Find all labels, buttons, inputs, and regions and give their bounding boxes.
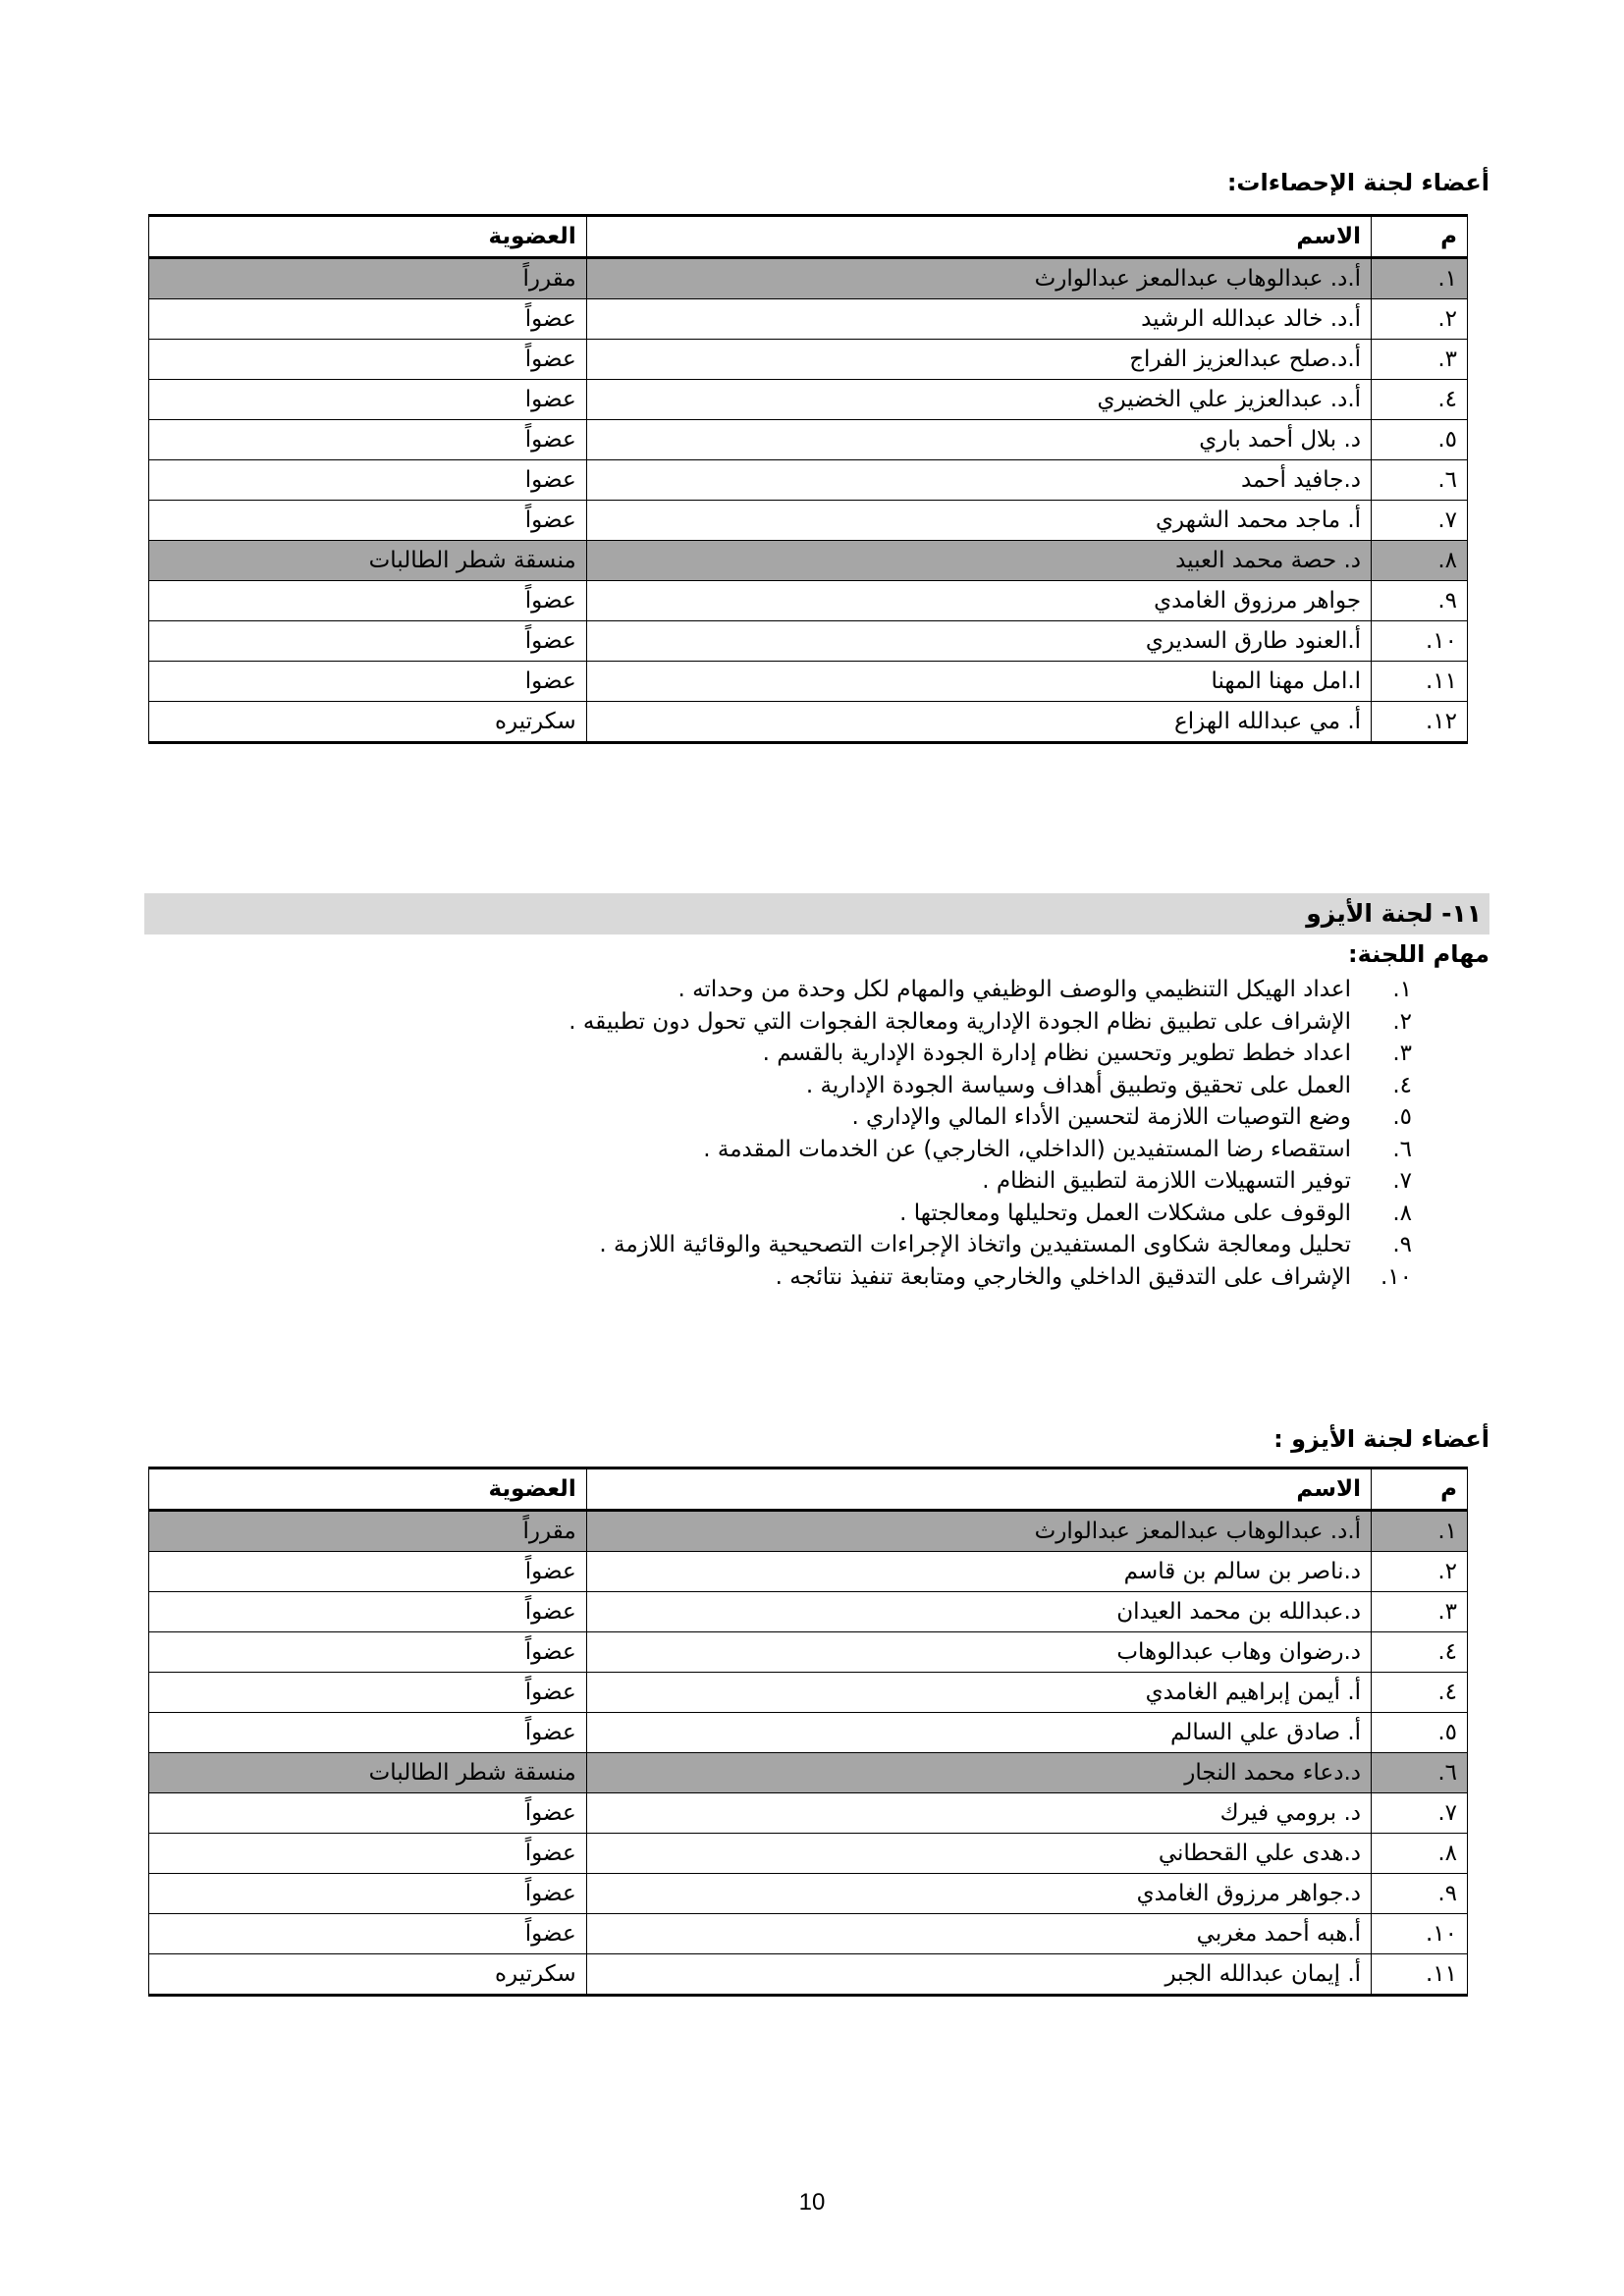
task-text: الإشراف على تطبيق نظام الجودة الإدارية و… [568, 1009, 1351, 1035]
task-text: الوقوف على مشكلات العمل وتحليلها ومعالجت… [899, 1201, 1351, 1226]
row-number: ٧. [1372, 1793, 1468, 1834]
task-number: ٢. [1363, 1006, 1412, 1039]
table-row: ١١.ا.امل مهنا المهناعضوا [149, 662, 1468, 702]
table-row: ١.أ.د. عبدالوهاب عبدالمعز عبدالوارثمقررا… [149, 1511, 1468, 1552]
table-row: ١٠.أ.هبه أحمد مغربيعضواً [149, 1914, 1468, 1954]
task-item: ١.اعداد الهيكل التنظيمي والوصف الوظيفي و… [568, 974, 1398, 1006]
member-name: أ.العنود طارق السديري [586, 621, 1371, 662]
task-text: العمل على تحقيق وتطبيق أهداف وسياسة الجو… [806, 1073, 1351, 1098]
member-role: منسقة شطر الطالبات [149, 1753, 587, 1793]
member-role: عضواً [149, 1713, 587, 1753]
document-page: أعضاء لجنة الإحصاءات: م الاسم العضوية ١.… [0, 0, 1624, 2296]
member-role: عضواً [149, 1834, 587, 1874]
row-number: ١٠. [1372, 621, 1468, 662]
member-name: د.دعاء محمد النجار [586, 1753, 1371, 1793]
task-number: ٦. [1363, 1134, 1412, 1166]
member-role: عضوا [149, 662, 587, 702]
member-role: عضواً [149, 420, 587, 460]
row-number: ٦. [1372, 460, 1468, 501]
row-number: ٥. [1372, 1713, 1468, 1753]
table-row: ٦.د.جافيد أحمدعضوا [149, 460, 1468, 501]
row-number: ٩. [1372, 1874, 1468, 1914]
table-row: ٣.د.عبدالله بن محمد العيدانعضواً [149, 1592, 1468, 1632]
member-role: سكرتيره [149, 702, 587, 743]
member-name: أ.د. عبدالوهاب عبدالمعز عبدالوارث [586, 1511, 1371, 1552]
member-name: أ. صادق علي السالم [586, 1713, 1371, 1753]
row-number: ٤. [1372, 380, 1468, 420]
task-text: وضع التوصيات اللازمة لتحسين الأداء المال… [851, 1104, 1351, 1130]
member-role: سكرتيره [149, 1954, 587, 1996]
row-number: ٢. [1372, 299, 1468, 340]
task-text: استقصاء رضا المستفيدين (الداخلي، الخارجي… [703, 1137, 1351, 1162]
row-number: ١١. [1372, 1954, 1468, 1996]
member-role: عضواً [149, 340, 587, 380]
tasks-heading: مهام اللجنة: [1348, 940, 1489, 968]
table-row: ٣.أ.د.صلح عبدالعزيز الفراجعضواً [149, 340, 1468, 380]
member-role: عضواً [149, 1552, 587, 1592]
member-role: عضوا [149, 380, 587, 420]
table-row: ٥.أ. صادق علي السالمعضواً [149, 1713, 1468, 1753]
row-number: ١٠. [1372, 1914, 1468, 1954]
member-name: د. حصة محمد العبيد [586, 541, 1371, 581]
table-row: ٩.جواهر مرزوق الغامديعضواً [149, 581, 1468, 621]
row-number: ١. [1372, 1511, 1468, 1552]
member-role: عضواً [149, 1632, 587, 1673]
table-row: ١٢.أ. مي عبدالله الهزاعسكرتيره [149, 702, 1468, 743]
row-number: ١٢. [1372, 702, 1468, 743]
member-role: عضوا [149, 460, 587, 501]
task-number: ١٠. [1363, 1261, 1412, 1294]
page-number: 10 [0, 2189, 1624, 2216]
member-role: عضواً [149, 501, 587, 541]
member-name: د.جواهر مرزوق الغامدي [586, 1874, 1371, 1914]
statistics-members-table: م الاسم العضوية ١.أ.د. عبدالوهاب عبدالمع… [148, 214, 1468, 744]
table-row: ٥.د. بلال أحمد باريعضواً [149, 420, 1468, 460]
row-number: ٦. [1372, 1753, 1468, 1793]
iso-members-table: م الاسم العضوية ١.أ.د. عبدالوهاب عبدالمع… [148, 1467, 1468, 1997]
task-number: ٤. [1363, 1070, 1412, 1102]
row-number: ٧. [1372, 501, 1468, 541]
table-row: ٢.د.ناصر بن سالم بن قاسمعضواً [149, 1552, 1468, 1592]
task-number: ١. [1363, 974, 1412, 1006]
member-role: عضواً [149, 621, 587, 662]
member-name: د.عبدالله بن محمد العيدان [586, 1592, 1371, 1632]
task-item: ٥.وضع التوصيات اللازمة لتحسين الأداء الم… [568, 1101, 1398, 1134]
member-role: عضواً [149, 581, 587, 621]
row-number: ٢. [1372, 1552, 1468, 1592]
member-name: أ. إيمان عبدالله الجبر [586, 1954, 1371, 1996]
task-text: اعداد خطط تطوير وتحسين نظام إدارة الجودة… [763, 1041, 1351, 1066]
table-row: ١.أ.د. عبدالوهاب عبدالمعز عبدالوارثمقررا… [149, 258, 1468, 299]
member-role: عضواً [149, 1592, 587, 1632]
column-header-name: الاسم [586, 216, 1371, 258]
row-number: ٣. [1372, 340, 1468, 380]
row-number: ٤. [1372, 1673, 1468, 1713]
task-item: ٣.اعداد خطط تطوير وتحسين نظام إدارة الجو… [568, 1038, 1398, 1070]
member-name: ا.امل مهنا المهنا [586, 662, 1371, 702]
task-number: ٩. [1363, 1229, 1412, 1261]
table-row: ١١.أ. إيمان عبدالله الجبرسكرتيره [149, 1954, 1468, 1996]
member-name: د.ناصر بن سالم بن قاسم [586, 1552, 1371, 1592]
table-row: ٤.د.رضوان وهاب عبدالوهابعضواً [149, 1632, 1468, 1673]
column-header-num: م [1372, 216, 1468, 258]
table-row: ١٠.أ.العنود طارق السديريعضواً [149, 621, 1468, 662]
table-row: ٧.أ. ماجد محمد الشهريعضواً [149, 501, 1468, 541]
member-name: أ.د. خالد عبدالله الرشيد [586, 299, 1371, 340]
task-text: توفير التسهيلات اللازمة لتطبيق النظام . [982, 1168, 1351, 1194]
member-name: أ.د. عبدالوهاب عبدالمعز عبدالوارث [586, 258, 1371, 299]
table-row: ٤.أ. أيمن إبراهيم الغامديعضواً [149, 1673, 1468, 1713]
column-header-num: م [1372, 1468, 1468, 1511]
table-row: ٨.د.هدى علي القحطانيعضواً [149, 1834, 1468, 1874]
task-item: ٢.الإشراف على تطبيق نظام الجودة الإدارية… [568, 1006, 1398, 1039]
member-name: أ. أيمن إبراهيم الغامدي [586, 1673, 1371, 1713]
task-item: ٦.استقصاء رضا المستفيدين (الداخلي، الخار… [568, 1134, 1398, 1166]
member-name: أ. مي عبدالله الهزاع [586, 702, 1371, 743]
table-row: ٢.أ.د. خالد عبدالله الرشيدعضواً [149, 299, 1468, 340]
row-number: ١١. [1372, 662, 1468, 702]
table-row: ٨.د. حصة محمد العبيدمنسقة شطر الطالبات [149, 541, 1468, 581]
member-name: أ.د.صلح عبدالعزيز الفراج [586, 340, 1371, 380]
member-role: عضواً [149, 1914, 587, 1954]
row-number: ٩. [1372, 581, 1468, 621]
task-item: ٩.تحليل ومعالجة شكاوى المستفيدين واتخاذ … [568, 1229, 1398, 1261]
member-name: أ.د. عبدالعزيز علي الخضيري [586, 380, 1371, 420]
task-item: ٤.العمل على تحقيق وتطبيق أهداف وسياسة ال… [568, 1070, 1398, 1102]
task-text: اعداد الهيكل التنظيمي والوصف الوظيفي وال… [678, 977, 1352, 1002]
member-name: أ. ماجد محمد الشهري [586, 501, 1371, 541]
row-number: ٣. [1372, 1592, 1468, 1632]
section-title: ١١- لجنة الأيزو [1306, 899, 1482, 928]
section-title-band: ١١- لجنة الأيزو [144, 893, 1489, 934]
row-number: ٤. [1372, 1632, 1468, 1673]
member-name: د.جافيد أحمد [586, 460, 1371, 501]
member-name: د. برومي فيرك [586, 1793, 1371, 1834]
member-role: عضواً [149, 299, 587, 340]
column-header-role: العضوية [149, 1468, 587, 1511]
member-role: مقرراً [149, 1511, 587, 1552]
task-item: ٧.توفير التسهيلات اللازمة لتطبيق النظام … [568, 1165, 1398, 1198]
member-name: د.رضوان وهاب عبدالوهاب [586, 1632, 1371, 1673]
member-name: جواهر مرزوق الغامدي [586, 581, 1371, 621]
task-number: ٣. [1363, 1038, 1412, 1070]
member-role: عضواً [149, 1874, 587, 1914]
table-header-row: م الاسم العضوية [149, 216, 1468, 258]
column-header-name: الاسم [586, 1468, 1371, 1511]
task-text: الإشراف على التدقيق الداخلي والخارجي ومت… [776, 1264, 1351, 1290]
member-role: منسقة شطر الطالبات [149, 541, 587, 581]
member-name: أ.هبه أحمد مغربي [586, 1914, 1371, 1954]
member-name: د.هدى علي القحطاني [586, 1834, 1371, 1874]
task-number: ٥. [1363, 1101, 1412, 1134]
member-role: مقرراً [149, 258, 587, 299]
task-number: ٧. [1363, 1165, 1412, 1198]
row-number: ١. [1372, 258, 1468, 299]
task-item: ١٠.الإشراف على التدقيق الداخلي والخارجي … [568, 1261, 1398, 1294]
task-item: ٨.الوقوف على مشكلات العمل وتحليلها ومعال… [568, 1198, 1398, 1230]
table-header-row: م الاسم العضوية [149, 1468, 1468, 1511]
iso-members-heading: أعضاء لجنة الأيزو : [1273, 1425, 1489, 1453]
statistics-members-heading: أعضاء لجنة الإحصاءات: [1227, 169, 1489, 196]
member-role: عضواً [149, 1673, 587, 1713]
member-role: عضواً [149, 1793, 587, 1834]
row-number: ٥. [1372, 420, 1468, 460]
task-number: ٨. [1363, 1198, 1412, 1230]
table-row: ٩.د.جواهر مرزوق الغامديعضواً [149, 1874, 1468, 1914]
table-row: ٦.د.دعاء محمد النجارمنسقة شطر الطالبات [149, 1753, 1468, 1793]
table-row: ٤.أ.د. عبدالعزيز علي الخضيريعضوا [149, 380, 1468, 420]
table-row: ٧.د. برومي فيركعضواً [149, 1793, 1468, 1834]
tasks-list: ١.اعداد الهيكل التنظيمي والوصف الوظيفي و… [568, 974, 1398, 1293]
row-number: ٨. [1372, 541, 1468, 581]
column-header-role: العضوية [149, 216, 587, 258]
member-name: د. بلال أحمد باري [586, 420, 1371, 460]
row-number: ٨. [1372, 1834, 1468, 1874]
task-text: تحليل ومعالجة شكاوى المستفيدين واتخاذ ال… [599, 1232, 1351, 1257]
